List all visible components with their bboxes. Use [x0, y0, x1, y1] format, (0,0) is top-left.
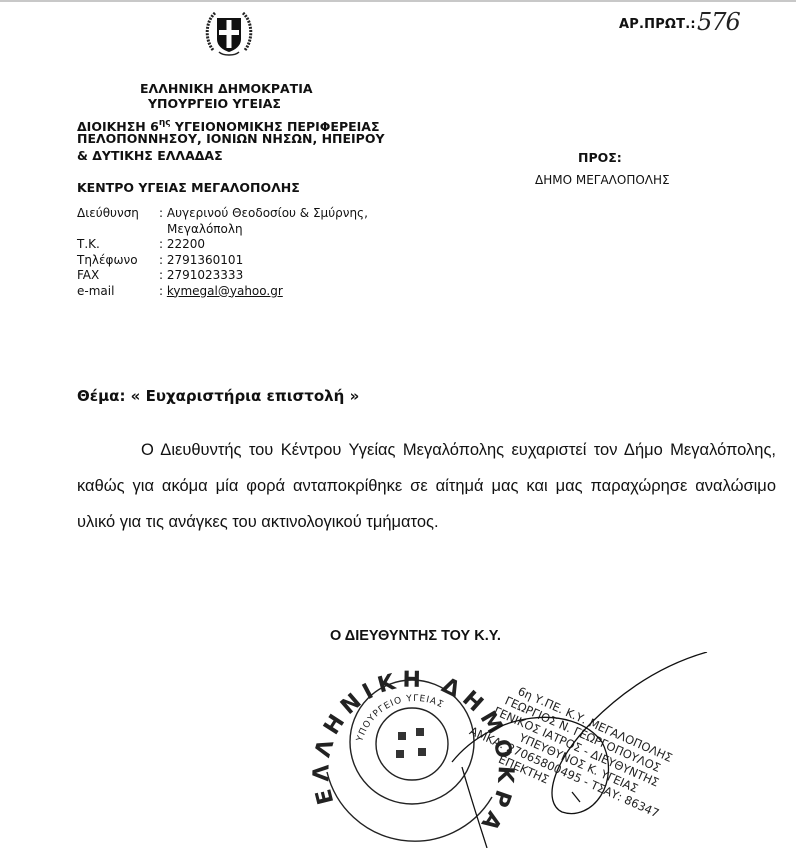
contact-row-phone: Τηλέφωνο: 2791360101	[77, 253, 368, 269]
contact-row-fax: FAX: 2791023333	[77, 268, 368, 284]
recipient-value: ΔΗΜΟ ΜΕΓΑΛΟΠΟΛΗΣ	[535, 173, 670, 187]
contact-block: Διεύθυνση: Αυγερινού Θεοδοσίου & Σμύρνης…	[77, 206, 368, 299]
scan-edge	[0, 0, 796, 2]
stamp-outer-text: ΕΛΛΗΝΙΚΗ ΔΗΜΟΚΡΑΤΙΑ	[312, 652, 518, 839]
health-center-name: ΚΕΝΤΡΟ ΥΓΕΙΑΣ ΜΕΓΑΛΟΠΟΛΗΣ	[77, 180, 300, 195]
recipient-label: ΠΡΟΣ:	[578, 150, 622, 165]
contact-row-address-2: Μεγαλόπολη	[77, 222, 368, 238]
contact-row-email: e-mail: kymegal@yahoo.gr	[77, 284, 368, 300]
email-link[interactable]: kymegal@yahoo.gr	[167, 284, 283, 298]
protocol-number: 576	[697, 8, 740, 36]
protocol-label: ΑΡ.ΠΡΩΤ.:	[619, 17, 696, 32]
ministry-heading: ΥΠΟΥΡΓΕΙΟ ΥΓΕΙΑΣ	[148, 96, 281, 111]
letter-body: Ο Διευθυντής του Κέντρου Υγείας Μεγαλόπο…	[77, 432, 776, 540]
signature-title: Ο ΔΙΕΥΘΥΝΤΗΣ ΤΟΥ Κ.Υ.	[330, 628, 501, 644]
contact-row-address: Διεύθυνση: Αυγερινού Θεοδοσίου & Σμύρνης…	[77, 206, 368, 222]
subject-line: Θέμα: « Ευχαριστήρια επιστολή »	[77, 387, 359, 405]
contact-row-postcode: Τ.Κ.: 22200	[77, 237, 368, 253]
region-line-2: ΠΕΛΟΠΟΝΝΗΣΟΥ, ΙΟΝΙΩΝ ΝΗΣΩΝ, ΗΠΕΙΡΟΥ	[77, 131, 385, 146]
svg-text:ΕΛΛΗΝΙΚΗ ΔΗΜΟΚΡΑΤΙΑ: ΕΛΛΗΝΙΚΗ ΔΗΜΟΚΡΑΤΙΑ	[312, 652, 518, 839]
greek-coat-of-arms-icon	[205, 6, 253, 58]
official-stamp-icon: ΕΛΛΗΝΙΚΗ ΔΗΜΟΚΡΑΤΙΑ ΥΠΟΥΡΓΕΙΟ ΥΓΕΙΑΣ 6η …	[312, 652, 712, 848]
republic-heading: ΕΛΛΗΝΙΚΗ ΔΗΜΟΚΡΑΤΙΑ	[140, 81, 313, 96]
region-line-3: & ΔΥΤΙΚΗΣ ΕΛΛΑΔΑΣ	[77, 148, 223, 163]
